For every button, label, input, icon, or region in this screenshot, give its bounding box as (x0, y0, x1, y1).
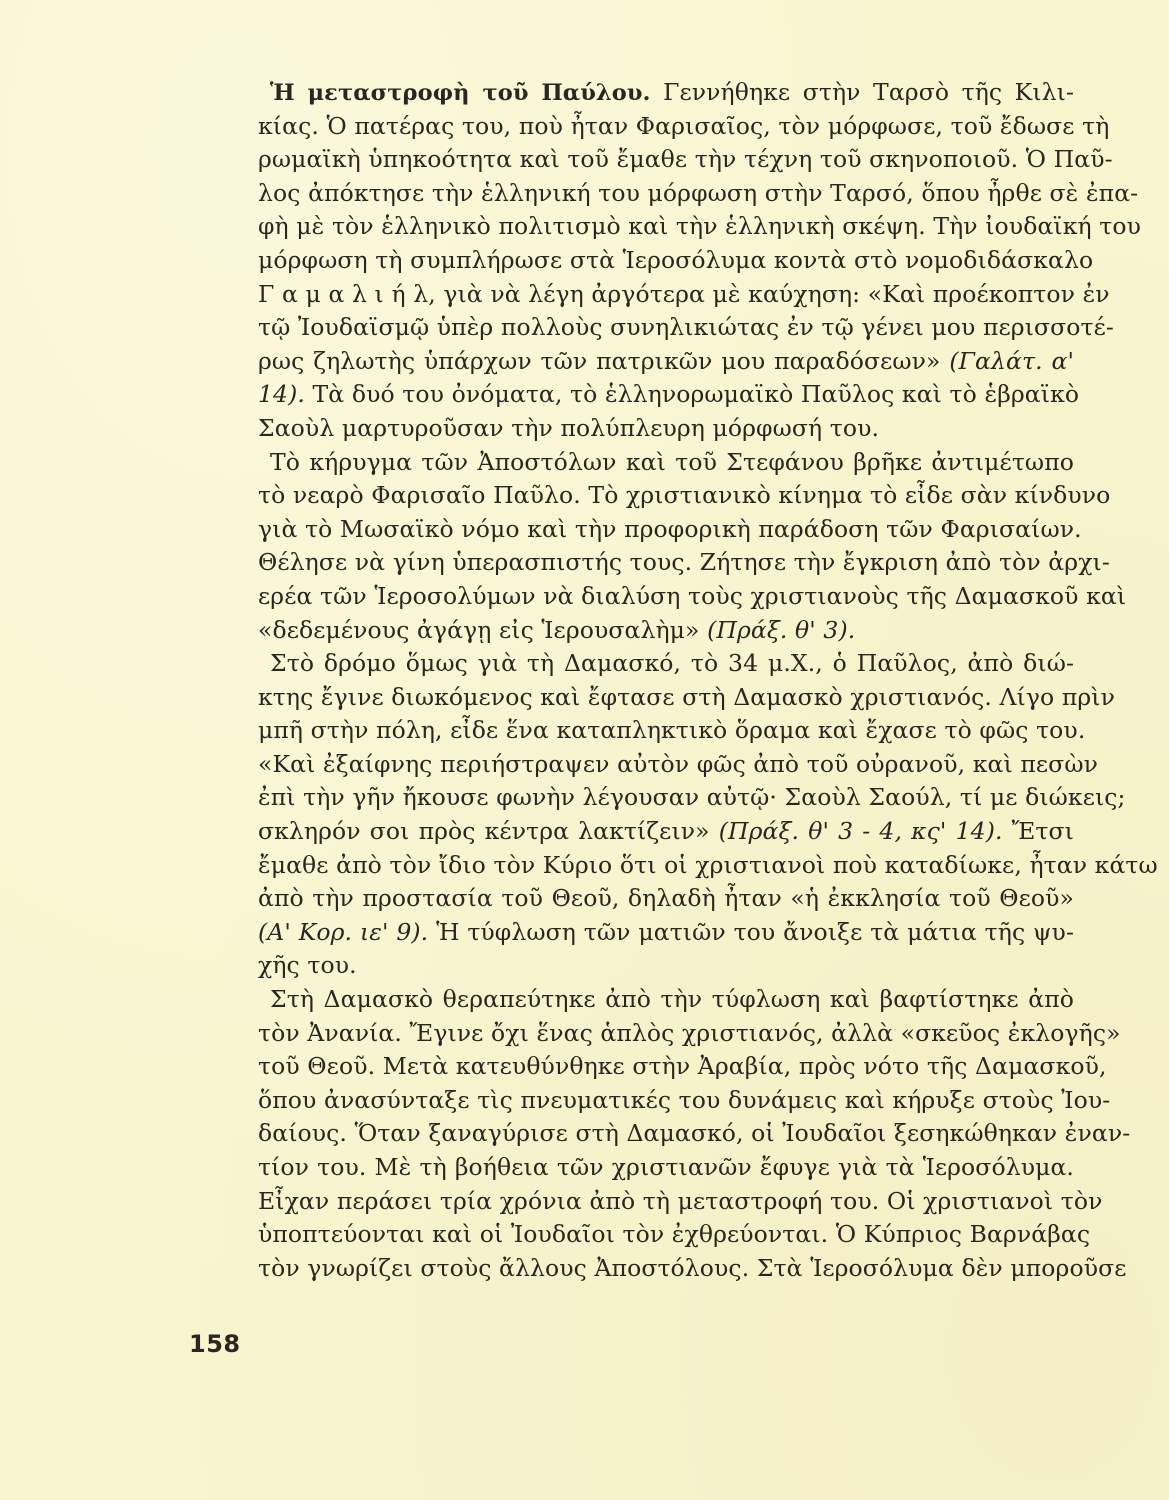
text-line: Ἡ μεταστροφὴ τοῦ Παύλου. Γεννήθηκε στὴν … (258, 76, 1074, 110)
text-line: τοῦ Θεοῦ. Μετὰ κατευθύνθηκε στὴν Ἀραβία,… (258, 1050, 1074, 1084)
text-line: ἐπὶ τὴν γῆν ἤκουσε φωνὴν λέγουσαν αὐτῷ· … (258, 781, 1074, 815)
line-text: σκληρόν σοι πρὸς κέντρα λακτίζειν» (258, 817, 710, 845)
text-line: γιὰ τὸ Μωσαϊκὸ νόμο καὶ τὴν προφορικὴ πα… (258, 513, 1074, 547)
text-line: ρως ζηλωτὴς ὑπάρχων τῶν πατρικῶν μου παρ… (258, 345, 1074, 379)
text-line: ὅπου ἀνασύνταξε τὶς πνευματικές του δυνά… (258, 1084, 1074, 1118)
text-line: σκληρόν σοι πρὸς κέντρα λακτίζειν» (Πράξ… (258, 815, 1074, 849)
text-line: Στὴ Δαμασκὸ θεραπεύτηκε ἀπὸ τὴν τύφλωση … (258, 983, 1074, 1017)
text-line: Εἶχαν περάσει τρία χρόνια ἀπὸ τὴ μεταστρ… (258, 1185, 1074, 1219)
scripture-reference: 14). (258, 380, 305, 408)
text-line: Γ α μ α λ ι ή λ, γιὰ νὰ λέγη ἀργότερα μὲ… (258, 278, 1074, 312)
text-line: Σαοὺλ μαρτυροῦσαν τὴν πολύπλευρη μόρφωσή… (258, 412, 1074, 446)
text-line: μπῆ στὴν πόλη, εἶδε ἕνα καταπληκτικὸ ὅρα… (258, 714, 1074, 748)
section-heading: Ἡ μεταστροφὴ τοῦ Παύλου. (270, 80, 651, 106)
line-text: «δεδεμένους ἀγάγῃ εἰς Ἱερουσαλὴμ» (258, 616, 700, 644)
body-text: Ἡ μεταστροφὴ τοῦ Παύλου. Γεννήθηκε στὴν … (258, 76, 1074, 1285)
text-line: ερέα τῶν Ἱεροσολύμων νὰ διαλύση τοὺς χρι… (258, 580, 1074, 614)
text-line: τῷ Ἰουδαϊσμῷ ὑπὲρ πολλοὺς συνηλικιώτας ἐ… (258, 311, 1074, 345)
text-line: φὴ μὲ τὸν ἑλληνικὸ πολιτισμὸ καὶ τὴν ἑλλ… (258, 210, 1074, 244)
text-line: «Καὶ ἐξαίφνης περιήστραψεν αὐτὸν φῶς ἀπὸ… (258, 748, 1074, 782)
text-line: λος ἀπόκτησε τὴν ἑλληνική του μόρφωση στ… (258, 177, 1074, 211)
text-line: ὑποπτεύονται καὶ οἱ Ἰουδαῖοι τὸν ἐχθρεύο… (258, 1218, 1074, 1252)
text-line: τὸν γνωρίζει στοὺς ἄλλους Ἀποστόλους. Στ… (258, 1252, 1074, 1286)
text-line: τὸν Ἀνανία. Ἔγινε ὄχι ἕνας ἁπλὸς χριστια… (258, 1017, 1074, 1051)
text-line: δαίους. Ὅταν ξαναγύρισε στὴ Δαμασκό, οἱ … (258, 1117, 1074, 1151)
text-line: ἔμαθε ἀπὸ τὸν ἴδιο τὸν Κύριο ὅτι οἱ χρισ… (258, 849, 1074, 883)
text-line: Τὸ κήρυγμα τῶν Ἀποστόλων καὶ τοῦ Στεφάνο… (258, 446, 1074, 480)
text-line: «δεδεμένους ἀγάγῃ εἰς Ἱερουσαλὴμ» (Πράξ.… (258, 614, 1074, 648)
line-text: ρως ζηλωτὴς ὑπάρχων τῶν πατρικῶν μου παρ… (258, 347, 941, 375)
text-line: ρωμαϊκὴ ὑπηκοότητα καὶ τοῦ ἔμαθε τὴν τέχ… (258, 143, 1074, 177)
scripture-reference: (Πράξ. θ' 3). (700, 616, 856, 644)
line-text: Γεννήθηκε στὴν Ταρσὸ τῆς Κιλι- (651, 78, 1074, 106)
scripture-reference: (Γαλάτ. α' (941, 347, 1074, 375)
line-text: Ἡ τύφλωση τῶν ματιῶν του ἄνοιξε τὰ μάτια… (428, 918, 1074, 946)
text-line: κίας. Ὁ πατέρας του, ποὺ ἦταν Φαρισαῖος,… (258, 110, 1074, 144)
text-line: ἀπὸ τὴν προστασία τοῦ Θεοῦ, δηλαδὴ ἦταν … (258, 882, 1074, 916)
scripture-reference: (Πράξ. θ' 3 - 4, κς' 14). (710, 817, 1003, 845)
text-line: μόρφωση τὴ συμπλήρωσε στὰ Ἱεροσόλυμα κον… (258, 244, 1074, 278)
page-number: 158 (189, 1330, 241, 1358)
text-line: (Α' Κορ. ιε' 9). Ἡ τύφλωση τῶν ματιῶν το… (258, 916, 1074, 950)
line-text: Τὰ δυό του ὀνόματα, τὸ ἑλληνορωμαϊκὸ Παῦ… (305, 380, 1079, 408)
text-line: χῆς του. (258, 949, 1074, 983)
text-line: Στὸ δρόμο ὅμως γιὰ τὴ Δαμασκό, τὸ 34 μ.Χ… (258, 647, 1074, 681)
text-line: κτης ἔγινε διωκόμενος καὶ ἔφτασε στὴ Δαμ… (258, 681, 1074, 715)
scripture-reference: (Α' Κορ. ιε' 9). (258, 918, 428, 946)
text-line: Θέλησε νὰ γίνη ὑπερασπιστής τους. Ζήτησε… (258, 546, 1074, 580)
line-text: Ἔτσι (1003, 817, 1074, 845)
book-page: Ἡ μεταστροφὴ τοῦ Παύλου. Γεννήθηκε στὴν … (0, 0, 1169, 1500)
text-line: τίον του. Μὲ τὴ βοήθεια τῶν χριστιανῶν ἔ… (258, 1151, 1074, 1185)
text-line: 14). Τὰ δυό του ὀνόματα, τὸ ἑλληνορωμαϊκ… (258, 378, 1074, 412)
text-line: τὸ νεαρὸ Φαρισαῖο Παῦλο. Τὸ χριστιανικὸ … (258, 479, 1074, 513)
